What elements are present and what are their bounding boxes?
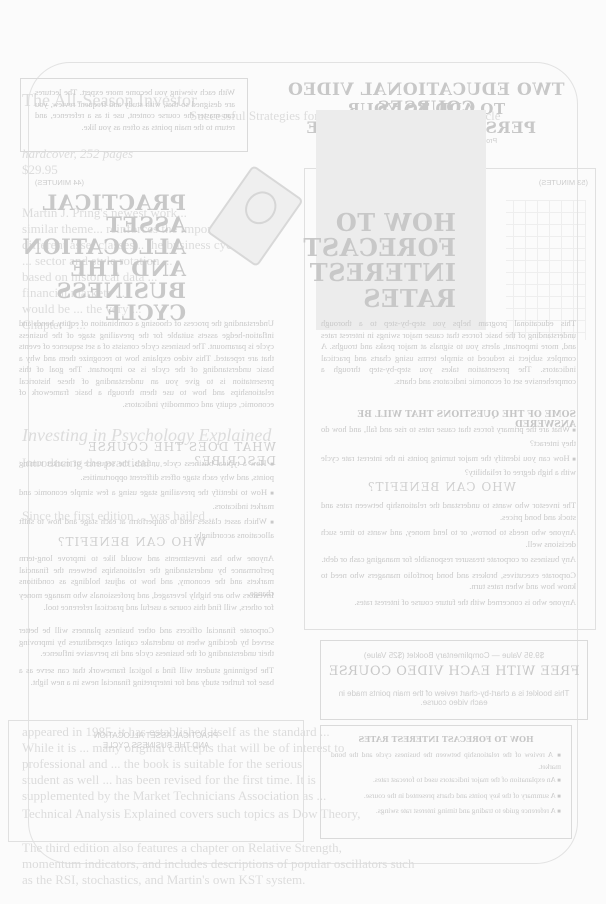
video-cassette-image [206,165,304,268]
intro-box: With each viewing you become more expert… [20,78,248,152]
booklet-heading: HOW TO FORECAST INTEREST RATES [331,734,561,744]
title-line: BUSINESS [26,280,186,302]
free-booklet-offer-box: $9.95 Value — Complimentary Booklet ($25… [320,640,588,720]
interest-rates-benefits: The investor who wants to understand the… [321,500,576,608]
booklet-list: A review of the relationship between the… [331,750,561,822]
footer-box-line2: AND THE BUSINESS CYCLE [19,741,293,750]
benefit-item: Anyone who needs to borrow, or to lend m… [321,527,576,550]
benefit-item: Anyone who is concerned with the future … [321,597,576,609]
course-describe-list: How a typical business cycle unfolds, th… [19,458,274,545]
asset-allocation-benefit-heading: WHO CAN BENEFIT? [57,535,206,549]
asset-allocation-benefit-4: The beginning student will find a logica… [19,665,274,688]
title-line: HOW TO [296,210,456,235]
question-item: What are the primary forces that cause r… [321,424,576,449]
describe-item: How to identify the prevailing stage usi… [19,487,274,512]
booklet-item: A reference guide to trading and timing … [331,806,561,818]
interest-rates-benefit-heading: WHO CAN BENEFIT? [367,480,516,494]
title-line: RATES [296,286,456,311]
intro-text: With each viewing you become more expert… [35,87,235,133]
asset-allocation-footer-box: PRACTICAL ASSET ALLOCATION AND THE BUSIN… [8,720,304,842]
booklet-item: A review of the relationship between the… [331,750,561,771]
questions-list: What are the primary forces that cause r… [321,424,576,482]
asset-allocation-title: PRACTICAL ASSET ALLOCATION AND THE BUSIN… [26,192,186,324]
benefit-item: Corporate executives, brokers and bond p… [321,570,576,593]
title-line: INTEREST [296,260,456,285]
title-line: ASSET [26,214,186,236]
offer-value-line: $9.95 Value — Complimentary Booklet ($25… [331,651,577,660]
title-line: AND THE [26,258,186,280]
asset-allocation-benefit-3: Corporate financial officers and other b… [19,625,274,660]
benefit-item: The investor who wants to understand the… [321,500,576,523]
describe-item: How a typical business cycle unfolds, th… [19,458,274,483]
offer-headline: FREE WITH EACH VIDEO COURSE [327,665,581,679]
asset-allocation-body: Understanding the process of choosing a … [19,318,274,410]
title-line: ALLOCATION [26,236,186,258]
mirrored-page-content: TWO EDUCATIONAL VIDEO COURSES TO ADD TO … [0,0,606,904]
booklet-item: An explanation of the major indicators u… [331,775,561,787]
footer-box-line1: PRACTICAL ASSET ALLOCATION [19,731,293,740]
benefit-item: Any business or corporate treasurer resp… [321,554,576,566]
interest-rates-title: HOW TO FORECAST INTEREST RATES [296,210,456,311]
title-line: FORECAST [296,235,456,260]
question-item: How can you identify the major turning p… [321,453,576,478]
asset-allocation-benefit-2: Investors who are highly leveraged, and … [19,590,274,613]
offer-description: This booklet is a chart-by-chart review … [331,689,577,707]
asset-allocation-duration: (44 MINUTES) [35,178,84,187]
interest-rates-body: This educational program helps you step-… [321,318,576,387]
booklet-item: A summary of the key points and charts p… [331,791,561,803]
booklet-contents-box: HOW TO FORECAST INTEREST RATES A review … [320,725,572,839]
title-line: PRACTICAL [26,192,186,214]
interest-rates-duration: (53 MINUTES) [539,178,588,187]
